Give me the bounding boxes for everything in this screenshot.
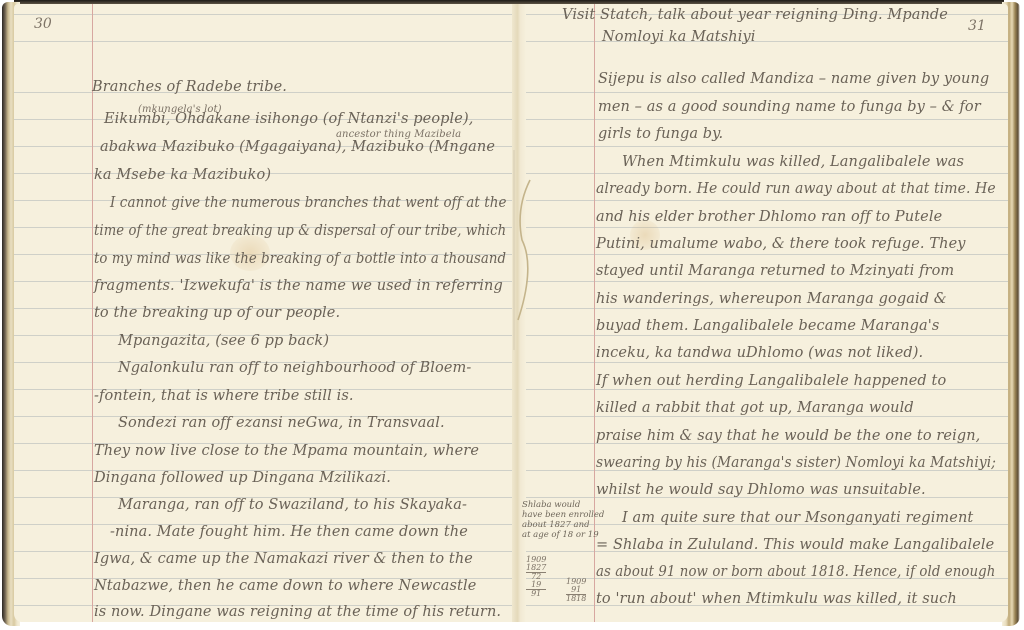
binding-thread-icon: [508, 150, 548, 350]
handwritten-line: as about 91 now or born about 1818. Henc…: [596, 564, 995, 580]
handwritten-line: and his elder brother Dhlomo ran off to …: [596, 209, 942, 225]
handwritten-line: Branches of Radebe tribe.: [92, 79, 287, 95]
handwritten-line: praise him & say that he would be the on…: [596, 428, 980, 444]
handwritten-line: Sijepu is also called Mandiza – name giv…: [598, 71, 989, 87]
handwritten-line: If when out herding Langalibalele happen…: [596, 373, 946, 389]
margin-note-line: have been enrolled: [522, 510, 592, 520]
calc-row: 1818: [566, 594, 586, 603]
handwritten-line: is now. Dingane was reigning at the time…: [94, 604, 501, 620]
handwritten-line: Ntabazwe, then he came down to where New…: [94, 578, 476, 594]
handwritten-line: fragments. 'Izwekufa' is the name we use…: [94, 278, 503, 294]
handwritten-line: Ngalonkulu ran off to neighbourhood of B…: [118, 360, 471, 376]
handwritten-line: whilst he would say Dhlomo was unsuitabl…: [596, 482, 926, 498]
handwritten-line: inceku, ka tandwa uDhlomo (was not liked…: [596, 345, 923, 361]
handwritten-line: to my mind was like the breaking of a bo…: [94, 251, 506, 267]
handwritten-line: stayed until Maranga returned to Mzinyat…: [596, 263, 954, 279]
handwritten-line: Putini, umalume wabo, & there took refug…: [596, 236, 966, 252]
margin-calculation-2: 1909 91 1818: [566, 578, 586, 603]
handwritten-line: to 'run about' when Mtimkulu was killed,…: [596, 591, 957, 607]
handwritten-line: already born. He could run away about at…: [596, 181, 996, 197]
margin-note-line: Shlaba would: [522, 500, 592, 510]
calc-row: 1827: [526, 564, 546, 572]
handwritten-line: I am quite sure that our Msonganyati reg…: [622, 510, 973, 526]
handwritten-line: I cannot give the numerous branches that…: [110, 195, 507, 211]
margin-note-line: at age of 18 or 19: [522, 530, 592, 540]
handwritten-line: Visit Statch, talk about year reigning D…: [562, 7, 948, 23]
handwritten-line: girls to funga by.: [598, 126, 723, 142]
handwritten-line: Maranga, ran off to Swaziland, to his Sk…: [118, 497, 467, 513]
handwritten-line: Igwa, & came up the Namakazi river & the…: [94, 551, 473, 567]
calc-row: 19: [526, 581, 546, 589]
left-margin-rule: [92, 4, 93, 622]
handwritten-line: -fontein, that is where tribe still is.: [94, 388, 354, 404]
handwritten-line: abakwa Mazibuko (Mgagaiyana), Mazibuko (…: [100, 139, 495, 155]
margin-note-line: about 1827 and: [522, 520, 592, 530]
calc-row: 91: [526, 589, 546, 598]
margin-note: Shlaba would have been enrolled about 18…: [522, 500, 592, 540]
handwritten-line: Dingana followed up Dingana Mzilikazi.: [94, 470, 391, 486]
handwritten-line: They now live close to the Mpama mountai…: [94, 443, 479, 459]
handwritten-line: Sondezi ran off ezansi neGwa, in Transva…: [118, 415, 445, 431]
handwritten-line: Mpangazita, (see 6 pp back): [118, 333, 329, 349]
handwritten-line: = Shlaba in Zululand. This would make La…: [596, 537, 994, 553]
handwritten-line: men – as a good sounding name to funga b…: [598, 99, 981, 115]
page-number-right: 31: [968, 18, 986, 34]
handwritten-line: his wanderings, whereupon Maranga gogaid…: [596, 291, 947, 307]
handwritten-line: ka Msebe ka Mazibuko): [94, 167, 271, 183]
handwritten-line: buyad them. Langalibalele became Maranga…: [596, 318, 939, 334]
handwritten-line: Eikumbi, Ohdakane isihongo (of Ntanzi's …: [104, 111, 473, 127]
handwritten-line: time of the great breaking up & dispersa…: [94, 223, 506, 239]
handwritten-line: Nomloyi ka Matshiyi: [602, 29, 755, 45]
handwritten-line: When Mtimkulu was killed, Langalibalele …: [622, 154, 964, 170]
margin-calculation-1: 1909 1827 72 19 91: [526, 556, 546, 598]
handwritten-line: -nina. Mate fought him. He then came dow…: [110, 524, 468, 540]
notebook-spread: 30 31 Branches of Radebe tribe.(mkungela…: [0, 0, 1024, 630]
handwritten-line: swearing by his (Maranga's sister) Nomlo…: [596, 455, 996, 471]
calc-row: 91: [566, 586, 586, 594]
handwritten-line: to the breaking up of our people.: [94, 305, 340, 321]
page-number-left: 30: [34, 16, 52, 32]
handwritten-line: killed a rabbit that got up, Maranga wou…: [596, 400, 914, 416]
